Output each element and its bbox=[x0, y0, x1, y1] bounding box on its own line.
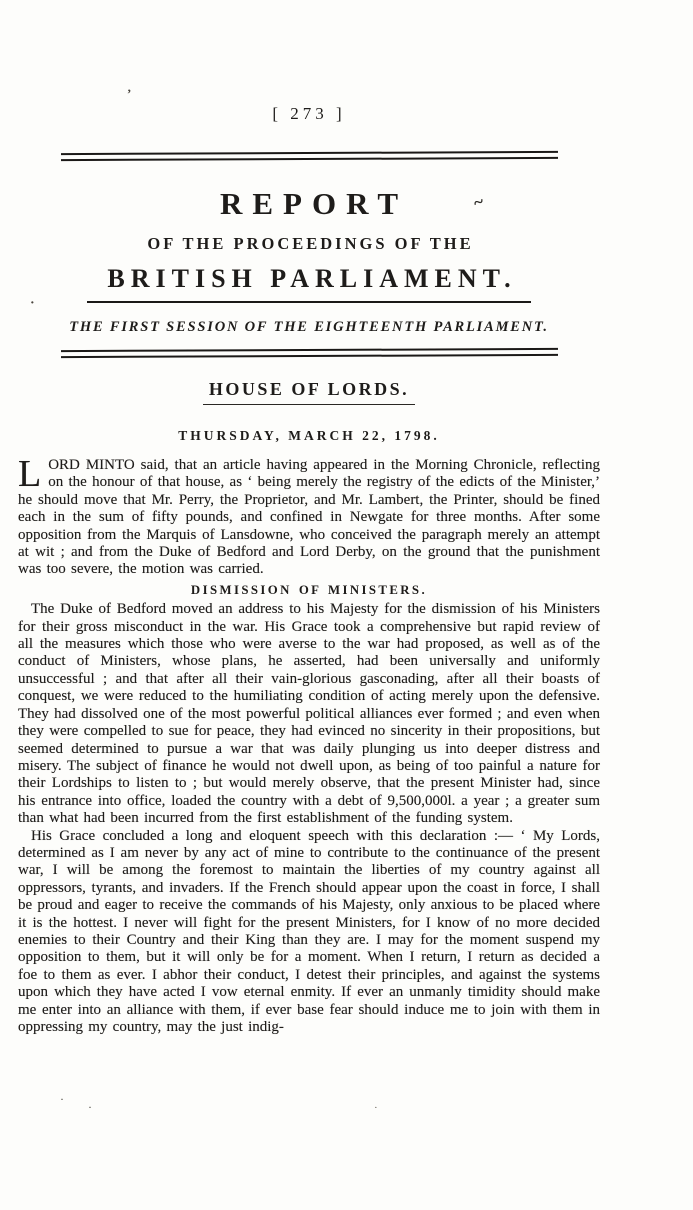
horizontal-double-rule-top bbox=[60, 151, 557, 161]
article-body: LORD MINTO said, that an article having … bbox=[18, 457, 600, 1036]
document-page: ’ ~ · · · · [ 273 ] REPORT OF THE PROCEE… bbox=[0, 0, 693, 1210]
paragraph-text: ORD MINTO said, that an article having a… bbox=[18, 457, 600, 577]
paragraph-lord-minto: LORD MINTO said, that an article having … bbox=[18, 457, 600, 579]
report-subtitle: OF THE PROCEEDINGS OF THE bbox=[18, 234, 600, 254]
horizontal-double-rule-bottom bbox=[60, 348, 557, 358]
drop-cap: L bbox=[18, 457, 48, 489]
text-block: [ 273 ] REPORT OF THE PROCEEDINGS OF THE… bbox=[18, 0, 600, 1036]
parliament-title: BRITISH PARLIAMENT. bbox=[87, 264, 530, 303]
parliament-title-row: BRITISH PARLIAMENT. bbox=[18, 264, 600, 303]
paragraph-duke-of-bedford: The Duke of Bedford moved an address to … bbox=[18, 601, 600, 827]
sitting-date: THURSDAY, MARCH 22, 1798. bbox=[18, 428, 600, 444]
house-heading-row: HOUSE OF LORDS. bbox=[18, 379, 600, 405]
paragraph-declaration: His Grace concluded a long and eloquent … bbox=[18, 828, 600, 1037]
subheading-dismission-of-ministers: DISMISSION OF MINISTERS. bbox=[18, 582, 600, 599]
scan-artifact: · bbox=[88, 1100, 92, 1115]
session-line: THE FIRST SESSION OF THE EIGHTEENTH PARL… bbox=[18, 319, 600, 336]
scan-artifact: · bbox=[60, 1092, 64, 1107]
report-title: REPORT bbox=[18, 186, 600, 222]
house-heading: HOUSE OF LORDS. bbox=[203, 379, 415, 405]
scan-artifact: · bbox=[374, 1102, 378, 1114]
page-number: [ 273 ] bbox=[18, 104, 600, 124]
